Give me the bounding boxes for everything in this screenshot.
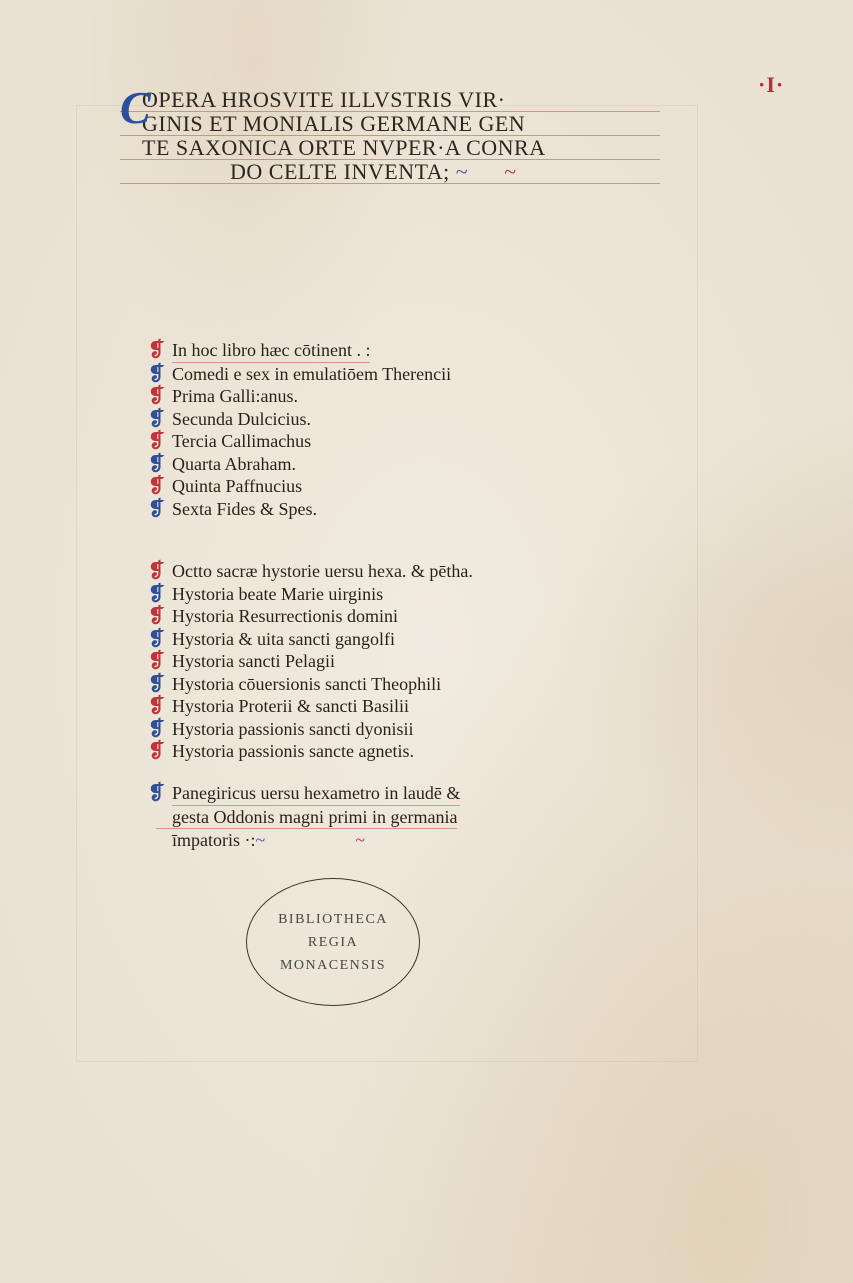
contents-row: ❡ Hystoria passionis sancti dyonisii <box>148 718 568 741</box>
pilcrow-icon: ❡ <box>148 740 172 763</box>
contents-entry: Hystoria beate Marie uirginis <box>172 583 383 606</box>
pilcrow-icon: ❡ <box>148 430 172 453</box>
contents-entry: Secunda Dulcicius. <box>172 408 311 431</box>
contents-entry: Quarta Abraham. <box>172 453 296 476</box>
blue-flourish-icon: ~ <box>456 159 468 184</box>
pilcrow-icon: ❡ <box>148 650 172 673</box>
panegyric-line-1: Panegiricus uersu hexametro in laudē & <box>172 782 460 806</box>
contents-heading: In hoc libro hæc cōtinent . : <box>172 339 370 363</box>
pilcrow-icon: ❡ <box>148 339 172 362</box>
contents-row: gesta Oddonis magni primi in germania <box>148 806 568 830</box>
pilcrow-icon: ❡ <box>148 605 172 628</box>
contents-row: ❡ Octto sacræ hystorie uersu hexa. & pēt… <box>148 560 568 583</box>
pilcrow-icon: ❡ <box>148 560 172 583</box>
pilcrow-icon: ❡ <box>148 385 172 408</box>
contents-entry: Tercia Callimachus <box>172 430 311 453</box>
contents-row: ❡ Hystoria passionis sancte agnetis. <box>148 740 568 763</box>
contents-row: ❡ In hoc libro hæc cōtinent . : <box>148 339 568 363</box>
pilcrow-icon: ❡ <box>148 718 172 741</box>
contents-row: ❡ Hystoria Resurrectionis domini <box>148 605 568 628</box>
title-line-4: DO CELTE INVENTA; ~ ~ <box>120 160 660 184</box>
contents-row: ❡ Tercia Callimachus <box>148 430 568 453</box>
title-line-1: OPERA HROSVITE ILLVSTRIS VIR· <box>120 88 660 112</box>
blue-flourish-icon: ~ <box>256 829 266 852</box>
title-line-4-text: DO CELTE INVENTA; <box>230 159 450 184</box>
contents-entry: Hystoria passionis sancte agnetis. <box>172 740 414 763</box>
pilcrow-icon: ❡ <box>148 628 172 651</box>
contents-entry: Hystoria passionis sancti dyonisii <box>172 718 414 741</box>
decorated-initial: C <box>120 88 151 128</box>
stamp-line-1: BIBLIOTHECA <box>278 908 388 931</box>
contents-section-comedies: ❡ In hoc libro hæc cōtinent . : ❡ Comedi… <box>148 339 568 520</box>
panegyric-line-3: īmpatoris ·: <box>156 829 256 852</box>
pilcrow-icon: ❡ <box>148 695 172 718</box>
pilcrow-icon: ❡ <box>148 583 172 606</box>
contents-entry: Hystoria Resurrectionis domini <box>172 605 398 628</box>
contents-row: ❡ Hystoria & uita sancti gangolfi <box>148 628 568 651</box>
pilcrow-icon: ❡ <box>148 363 172 386</box>
contents-section-histories: ❡ Octto sacræ hystorie uersu hexa. & pēt… <box>148 560 568 763</box>
panegyric-line-2: gesta Oddonis magni primi in germania <box>156 806 457 830</box>
contents-row: ❡ Quinta Paffnucius <box>148 475 568 498</box>
pilcrow-icon: ❡ <box>148 475 172 498</box>
contents-entry: Hystoria & uita sancti gangolfi <box>172 628 395 651</box>
title-line-2: GINIS ET MONIALIS GERMANE GEN <box>120 112 660 136</box>
pilcrow-icon: ❡ <box>148 498 172 521</box>
contents-heading: Octto sacræ hystorie uersu hexa. & pētha… <box>172 560 473 583</box>
contents-row: ❡ Quarta Abraham. <box>148 453 568 476</box>
pilcrow-icon: ❡ <box>148 453 172 476</box>
contents-row: ❡ Sexta Fides & Spes. <box>148 498 568 521</box>
contents-entry: Sexta Fides & Spes. <box>172 498 317 521</box>
contents-section-panegyric: ❡ Panegiricus uersu hexametro in laudē &… <box>148 782 568 852</box>
contents-entry: Hystoria sancti Pelagii <box>172 650 335 673</box>
pilcrow-icon: ❡ <box>148 782 172 805</box>
contents-row: ❡ Hystoria Proterii & sancti Basilii <box>148 695 568 718</box>
library-stamp: BIBLIOTHECA REGIA MONACENSIS <box>246 878 420 1006</box>
contents-row: ❡ Comedi e sex in emulatiōem Therencii <box>148 363 568 386</box>
contents-row: ❡ Hystoria beate Marie uirginis <box>148 583 568 606</box>
red-flourish-icon: ~ <box>355 829 365 852</box>
stamp-line-3: MONACENSIS <box>280 954 386 977</box>
contents-row: ❡ Hystoria sancti Pelagii <box>148 650 568 673</box>
contents-entry: Quinta Paffnucius <box>172 475 302 498</box>
contents-entry: Prima Galli:anus. <box>172 385 298 408</box>
contents-row: ❡ Hystoria cōuersionis sancti Theophili <box>148 673 568 696</box>
contents-entry: Hystoria Proterii & sancti Basilii <box>172 695 409 718</box>
pilcrow-icon: ❡ <box>148 673 172 696</box>
folio-number: ·I· <box>758 72 784 98</box>
title-line-3: TE SAXONICA ORTE NVPER·A CONRA <box>120 136 660 160</box>
contents-entry: Comedi e sex in emulatiōem Therencii <box>172 363 451 386</box>
contents-row: īmpatoris ·: ~ ~ <box>148 829 568 852</box>
title-block: C OPERA HROSVITE ILLVSTRIS VIR· GINIS ET… <box>120 88 660 184</box>
contents-row: ❡ Panegiricus uersu hexametro in laudē & <box>148 782 568 806</box>
contents-row: ❡ Prima Galli:anus. <box>148 385 568 408</box>
pilcrow-icon: ❡ <box>148 408 172 431</box>
contents-entry: Hystoria cōuersionis sancti Theophili <box>172 673 441 696</box>
red-flourish-icon: ~ <box>504 159 516 184</box>
stamp-line-2: REGIA <box>308 931 358 954</box>
contents-row: ❡ Secunda Dulcicius. <box>148 408 568 431</box>
